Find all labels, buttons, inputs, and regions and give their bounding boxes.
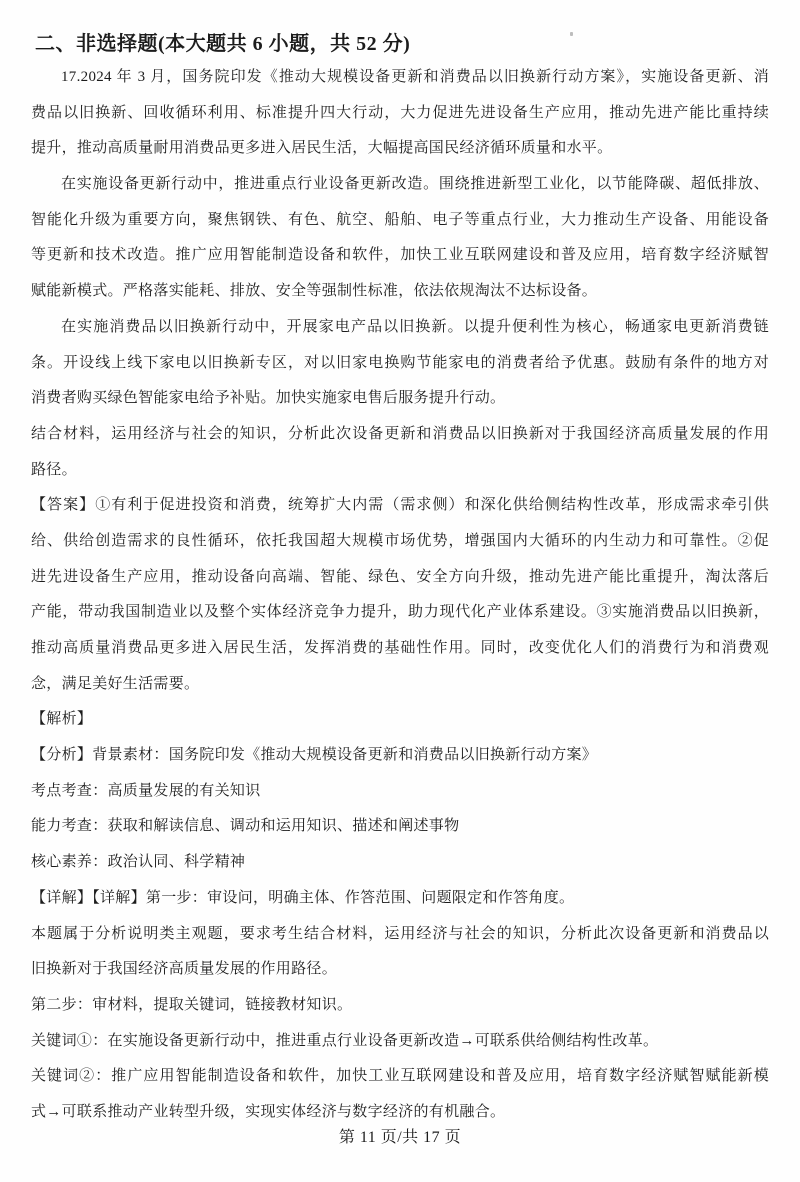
text-line: 消费者购买绿色智能家电给予补贴。加快实施家电售后服务提升行动。 [31,381,769,417]
scan-artifact-dot [570,32,573,36]
text-line: 旧换新对于我国经济高质量发展的作用路径。 [31,952,769,988]
text-line: 智能化升级为重要方向，聚焦钢铁、有色、航空、船舶、电子等重点行业，大力推动生产设… [31,203,769,239]
text-line: 【分析】背景素材：国务院印发《推动大规模设备更新和消费品以旧换新行动方案》 [31,738,769,774]
text-line: 等更新和技术改造。推广应用智能制造设备和软件，加快工业互联网建设和普及应用，培育… [31,238,769,274]
text-line: 赋能新模式。严格落实能耗、排放、安全等强制性标准，依法依规淘汰不达标设备。 [31,274,769,310]
text-line: 给、供给创造需求的良性循环，依托我国超大规模市场优势，增强国内大循环的内生动力和… [31,524,769,560]
text-line: 结合材料，运用经济与社会的知识，分析此次设备更新和消费品以旧换新对于我国经济高质… [31,417,769,453]
text-line: 【详解】【详解】第一步：审设问，明确主体、作答范围、问题限定和作答角度。 [31,881,769,917]
text-line: 提升，推动高质量耐用消费品更多进入居民生活，大幅提高国民经济循环质量和水平。 [31,131,769,167]
text-line: 在实施消费品以旧换新行动中，开展家电产品以旧换新。以提升便利性为核心，畅通家电更… [31,310,769,346]
text-line: 能力考查：获取和解读信息、调动和运用知识、描述和阐述事物 [31,809,769,845]
text-line: 进先进设备生产应用，推动设备向高端、智能、绿色、安全方向升级，推动先进产能比重提… [31,560,769,596]
text-line: 路径。 [31,453,769,489]
document-body: 17.2024 年 3 月，国务院印发《推动大规模设备更新和消费品以旧换新行动方… [31,60,769,1131]
text-line: 条。开设线上线下家电以旧换新专区，对以旧家电换购节能家电的消费者给予优惠。鼓励有… [31,346,769,382]
text-line: 推动高质量消费品更多进入居民生活，发挥消费的基础性作用。同时，改变优化人们的消费… [31,631,769,667]
section-heading: 二、非选择题(本大题共 6 小题，共 52 分) [35,30,769,59]
text-line: 17.2024 年 3 月，国务院印发《推动大规模设备更新和消费品以旧换新行动方… [31,60,769,96]
text-line: 第二步：审材料，提取关键词，链接教材知识。 [31,988,769,1024]
text-line: 关键词②：推广应用智能制造设备和软件，加快工业互联网建设和普及应用，培育数字经济… [31,1059,769,1095]
document-page: 二、非选择题(本大题共 6 小题，共 52 分) 17.2024 年 3 月，国… [0,0,800,1182]
text-line: 在实施设备更新行动中，推进重点行业设备更新改造。围绕推进新型工业化，以节能降碳、… [31,167,769,203]
text-line: 费品以旧换新、回收循环利用、标准提升四大行动，大力促进先进设备生产应用，推动先进… [31,96,769,132]
text-line: 本题属于分析说明类主观题，要求考生结合材料，运用经济与社会的知识，分析此次设备更… [31,917,769,953]
text-line: 【解析】 [31,702,769,738]
text-line: 产能，带动我国制造业以及整个实体经济竞争力提升，助力现代化产业体系建设。③实施消… [31,595,769,631]
text-line: 念，满足美好生活需要。 [31,667,769,703]
text-line: 考点考查：高质量发展的有关知识 [31,774,769,810]
text-line: 核心素养：政治认同、科学精神 [31,845,769,881]
text-line: 【答案】①有利于促进投资和消费，统筹扩大内需（需求侧）和深化供给侧结构性改革，形… [31,488,769,524]
text-line: 关键词①：在实施设备更新行动中，推进重点行业设备更新改造→可联系供给侧结构性改革… [31,1024,769,1060]
